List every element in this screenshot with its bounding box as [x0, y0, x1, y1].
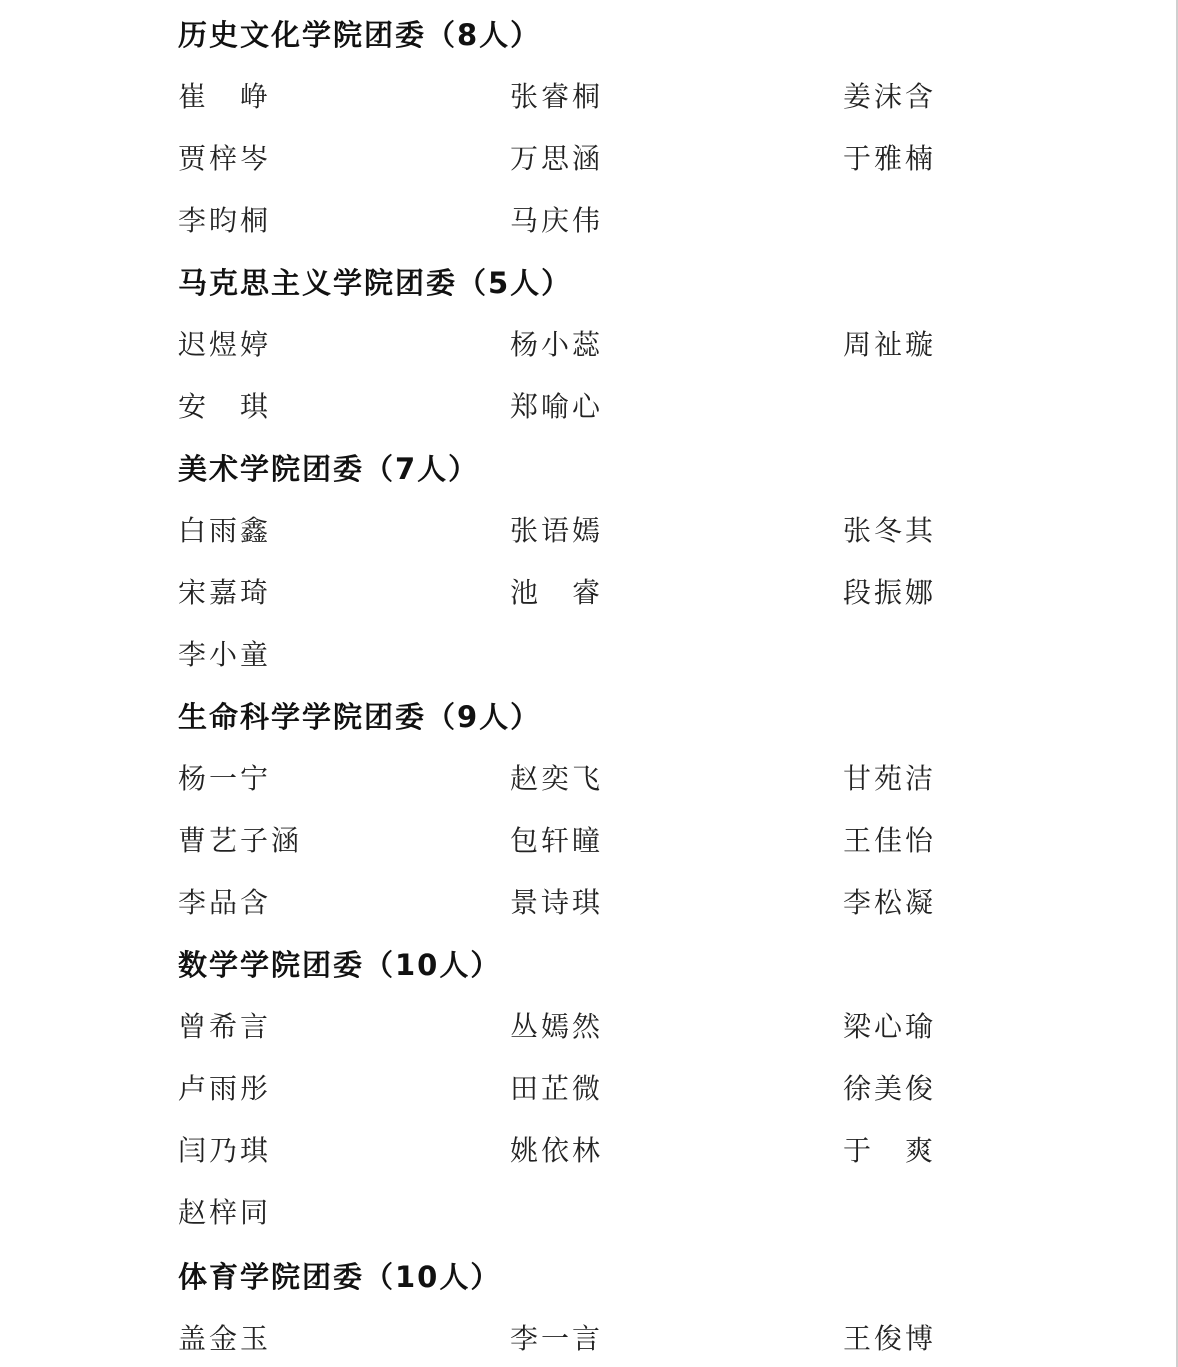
member-name: 曹艺子涵 — [178, 821, 302, 861]
member-name: 于 爽 — [843, 1131, 936, 1171]
member-name: 李昀桐 — [178, 201, 271, 241]
member-name: 丛嫣然 — [510, 1007, 603, 1047]
member-name: 张语嫣 — [510, 511, 603, 551]
member-name: 安 琪 — [178, 387, 271, 427]
member-name: 景诗琪 — [510, 883, 603, 923]
member-name: 梁心瑜 — [843, 1007, 936, 1047]
member-name: 白雨鑫 — [178, 511, 271, 551]
member-name: 包轩瞳 — [510, 821, 603, 861]
member-name: 曾希言 — [178, 1007, 271, 1047]
member-name: 池 睿 — [510, 573, 603, 613]
member-name: 周祉璇 — [843, 325, 936, 365]
member-name: 甘苑洁 — [843, 759, 936, 799]
member-name: 姜沫含 — [843, 77, 936, 117]
member-name: 于雅楠 — [843, 139, 936, 179]
member-name: 杨小蕊 — [510, 325, 603, 365]
member-name: 马庆伟 — [510, 201, 603, 241]
member-name: 李小童 — [178, 635, 271, 675]
member-name: 李品含 — [178, 883, 271, 923]
member-name: 徐美俊 — [843, 1069, 936, 1109]
section-title-life-sciences: 生命科学学院团委（9人） — [178, 697, 541, 737]
section-title-marxism: 马克思主义学院团委（5人） — [178, 263, 572, 303]
member-name: 赵梓同 — [178, 1193, 271, 1233]
member-name: 赵奕飞 — [510, 759, 603, 799]
member-name: 宋嘉琦 — [178, 573, 271, 613]
member-name: 贾梓岑 — [178, 139, 271, 179]
member-name: 盖金玉 — [178, 1319, 271, 1359]
section-title-fine-arts: 美术学院团委（7人） — [178, 449, 479, 489]
member-name: 张睿桐 — [510, 77, 603, 117]
member-name: 张冬其 — [843, 511, 936, 551]
member-name: 郑喻心 — [510, 387, 603, 427]
section-title-history-culture: 历史文化学院团委（8人） — [178, 15, 541, 55]
member-name: 李一言 — [510, 1319, 603, 1359]
member-name: 杨一宁 — [178, 759, 271, 799]
member-name: 段振娜 — [843, 573, 936, 613]
member-name: 姚依林 — [510, 1131, 603, 1171]
member-name: 闫乃琪 — [178, 1131, 271, 1171]
section-title-physical-education: 体育学院团委（10人） — [178, 1257, 501, 1297]
member-name: 王佳怡 — [843, 821, 936, 861]
member-name: 崔 峥 — [178, 77, 271, 117]
member-name: 李松凝 — [843, 883, 936, 923]
member-name: 卢雨彤 — [178, 1069, 271, 1109]
section-title-mathematics: 数学学院团委（10人） — [178, 945, 501, 985]
member-name: 王俊博 — [843, 1319, 936, 1359]
member-name: 万思涵 — [510, 139, 603, 179]
member-name: 迟煜婷 — [178, 325, 271, 365]
member-name: 田芷微 — [510, 1069, 603, 1109]
